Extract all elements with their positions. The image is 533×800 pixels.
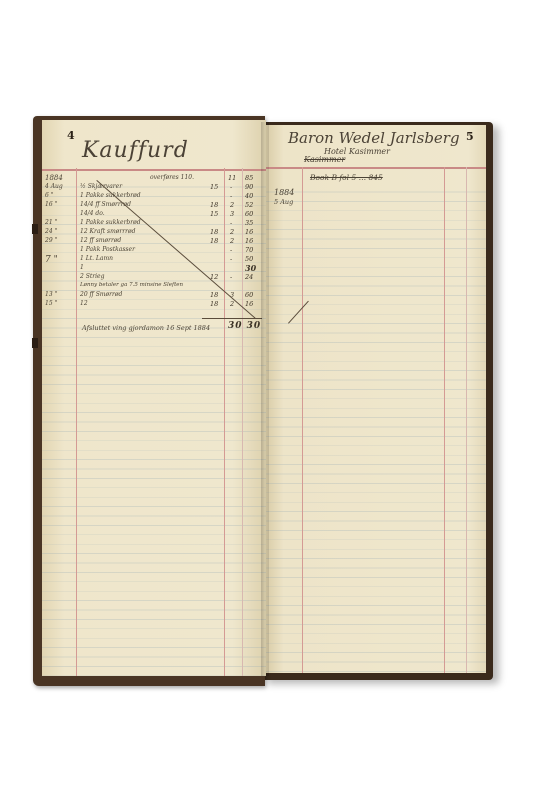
entry-text: 20 ff Smørrød [80, 291, 122, 298]
entry-ore: 16 [245, 228, 253, 236]
right-page: 5 Baron Wedel Jarlsberg Hotel Kasimmer K… [266, 125, 486, 673]
header-rule [266, 167, 486, 169]
carried-forward: overføres 110. [150, 174, 194, 181]
entry-kr: - [230, 273, 232, 281]
entry-ore: 40 [245, 192, 253, 200]
entry-qty: 18 [210, 237, 218, 245]
entry-date: 6 " [45, 192, 53, 199]
year: 1884 [274, 188, 294, 197]
entry-text: 1 Pakk Postkasser [80, 246, 135, 253]
entry-kr: - [230, 219, 232, 227]
date-column-rule [76, 168, 77, 676]
ledger-book: 4 Kauffurd 1884 overføres 110. 11 85 4 A… [33, 116, 493, 686]
page-number: 4 [67, 129, 75, 142]
entry-qty: 18 [210, 228, 218, 236]
entry-qty: 18 [210, 201, 218, 209]
entry-ore: 90 [245, 183, 253, 191]
entry-text: 12 [80, 300, 88, 307]
entry-text: 1 Lt. Lamn [80, 255, 113, 262]
total-underline [202, 318, 262, 319]
settlement-total: 30 30 [228, 321, 261, 331]
entry-qty: 15 [210, 183, 218, 191]
entry-text: 1 Pakke sukkerbrød [80, 219, 141, 226]
amount-column-rule [444, 167, 445, 673]
entry-kr: 2 [230, 300, 234, 308]
entry-date: 21 " [45, 219, 57, 226]
entry-date: 7 " [45, 255, 58, 265]
entry-text: Lønny betaler ga 7.5 minsine Sleften [80, 282, 183, 288]
entry-text: 12 Kraft smørrrød [80, 228, 135, 235]
entry-kr: 3 [230, 210, 234, 218]
entry-ore: 60 [245, 291, 253, 299]
binding-tab [32, 338, 38, 348]
entry-date: 13 " [45, 291, 57, 298]
entry-kr: - [230, 255, 232, 263]
date-column-rule [302, 167, 303, 673]
entry-qty: 15 [210, 210, 218, 218]
entry-text: 14/4 do. [80, 210, 105, 217]
entry-ore: 24 [245, 273, 253, 281]
ore-column-rule [242, 168, 243, 676]
struck-address: Kasimmer [304, 155, 345, 164]
entry-ore: 52 [245, 201, 253, 209]
amount-column-rule [224, 168, 225, 676]
entry-qty: 18 [210, 291, 218, 299]
left-page: 4 Kauffurd 1884 overføres 110. 11 85 4 A… [42, 120, 266, 676]
entry-date: 4 Aug [45, 183, 63, 190]
entry-kr: - [230, 183, 232, 191]
entry-text: 1 [80, 264, 84, 271]
entry-text: 2 Strieg [80, 273, 104, 280]
entry-ore: 50 [245, 255, 253, 263]
entry-date: 24 " [45, 228, 57, 235]
page-heading: Kauffurd [82, 138, 189, 163]
entry-date: 29 " [45, 237, 57, 244]
settlement-note: Afsluttet ving gjordamon 16 Sept 1884 [82, 324, 210, 332]
entry-kr: 2 [230, 237, 234, 245]
entry-kr: 2 [230, 228, 234, 236]
entry-ore: 60 [245, 210, 253, 218]
entry-ore: 70 [245, 246, 253, 254]
binding-tab [32, 224, 38, 234]
book-spine [261, 122, 269, 676]
page-number: 5 [466, 130, 474, 143]
entry-kr: - [230, 192, 232, 200]
entry-ore: 30 [245, 263, 256, 273]
carried-ore: 85 [245, 174, 253, 182]
year: 1884 [45, 174, 63, 182]
account-name: Baron Wedel Jarlsberg [288, 129, 460, 147]
entry-ore: 16 [245, 300, 253, 308]
entry-ore: 16 [245, 237, 253, 245]
entry-date: 15 " [45, 300, 57, 307]
entry-date: 5 Aug [274, 198, 293, 206]
entry-kr: - [230, 246, 232, 254]
entry-ore: 35 [245, 219, 253, 227]
ore-column-rule [466, 167, 467, 673]
entry-date: 16 " [45, 201, 57, 208]
entry-text: 12 ff smørrød [80, 237, 121, 244]
entry-qty: 18 [210, 300, 218, 308]
page-ruling [266, 183, 486, 673]
entry-kr: 2 [230, 201, 234, 209]
carried-kr: 11 [228, 174, 236, 182]
ledger-reference: Book B fol 5 … 845 [310, 173, 383, 182]
